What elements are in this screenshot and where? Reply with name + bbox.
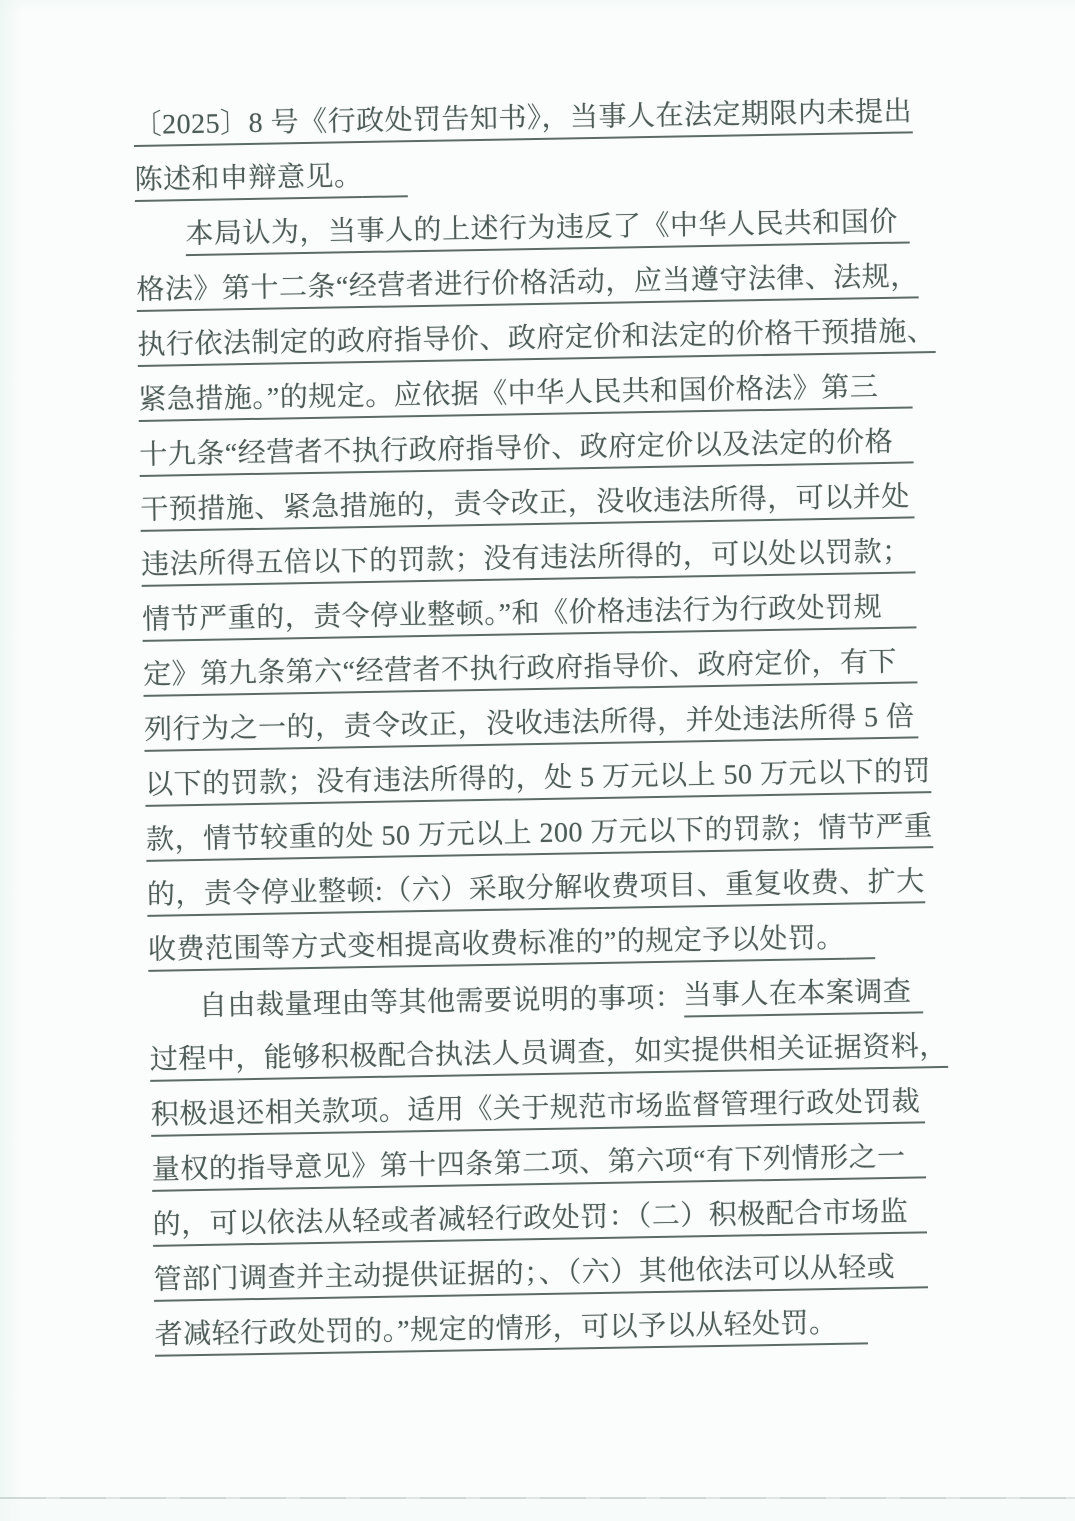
underlined-text: 者减轻行政处罚的。”规定的情形，可以予以从轻处罚。 xyxy=(154,1310,837,1357)
underlined-text: 当事人在本案调查 xyxy=(683,978,923,1017)
underlined-text: 陈述和申辩意见。 xyxy=(134,163,363,202)
underline-extension xyxy=(363,190,408,198)
underline-extension xyxy=(838,1337,868,1345)
document-text-block: 〔2025〕8 号《行政处罚告知书》，当事人在法定期限内未提出陈述和申辩意见。本… xyxy=(133,78,929,1356)
scan-edge-artifact xyxy=(0,1497,1075,1499)
scan-bottom-haze xyxy=(0,1499,1075,1521)
underline-extension xyxy=(845,952,875,960)
document-page: 〔2025〕8 号《行政处罚告知书》，当事人在法定期限内未提出陈述和申辩意见。本… xyxy=(0,0,1075,1521)
